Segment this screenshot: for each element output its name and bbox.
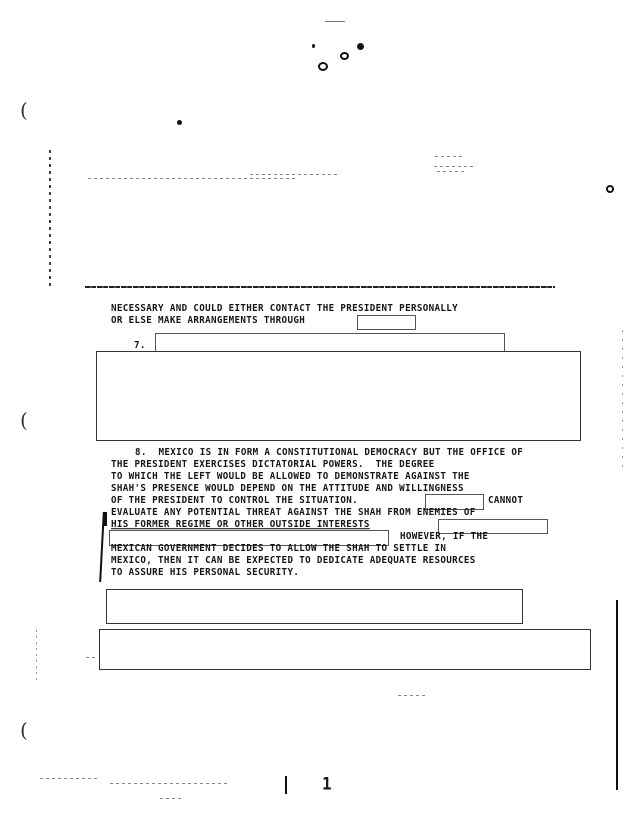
para8-line8: HOWEVER, IF THE bbox=[400, 531, 488, 543]
para8-line3: TO WHICH THE LEFT WOULD BE ALLOWED TO DE… bbox=[111, 471, 470, 483]
para8-line10: MEXICO, THEN IT CAN BE EXPECTED TO DEDIC… bbox=[111, 555, 476, 567]
punch-hole-mark bbox=[340, 52, 349, 60]
para8-line5b: CANNOT bbox=[488, 495, 523, 507]
punch-hole-mark bbox=[318, 62, 328, 71]
margin-bracket: ( bbox=[20, 408, 28, 432]
page-number: 1 bbox=[322, 778, 332, 790]
faded-mark bbox=[110, 783, 230, 784]
margin-bracket: ( bbox=[20, 98, 28, 122]
redaction-after-para8-b bbox=[99, 629, 591, 670]
ink-blot bbox=[357, 43, 364, 50]
ink-blot bbox=[312, 44, 315, 48]
faded-text-line bbox=[435, 156, 465, 157]
para8-line5a: OF THE PRESIDENT TO CONTROL THE SITUATIO… bbox=[111, 495, 358, 507]
para6-line1: NECESSARY AND COULD EITHER CONTACT THE P… bbox=[111, 303, 458, 315]
margin-bracket: ( bbox=[20, 718, 28, 742]
faded-text-line bbox=[250, 174, 340, 175]
redaction-para7-header bbox=[155, 333, 505, 353]
ink-blot bbox=[177, 120, 182, 125]
para6-line2: OR ELSE MAKE ARRANGEMENTS THROUGH bbox=[111, 315, 305, 327]
redaction-after-para8-a bbox=[106, 589, 523, 624]
margin-artifact bbox=[36, 630, 37, 680]
section-separator bbox=[85, 286, 555, 288]
margin-artifact bbox=[49, 150, 51, 290]
faded-mark bbox=[398, 695, 428, 696]
faded-mark bbox=[160, 798, 182, 799]
faded-text-line bbox=[434, 166, 474, 167]
para8-line11: TO ASSURE HIS PERSONAL SECURITY. bbox=[111, 567, 299, 579]
handwritten-margin-mark bbox=[104, 512, 107, 526]
faded-mark bbox=[40, 778, 100, 779]
redaction-para7-body bbox=[96, 351, 581, 441]
para8-line6: EVALUATE ANY POTENTIAL THREAT AGAINST TH… bbox=[111, 507, 476, 519]
faded-text-line bbox=[88, 178, 298, 179]
footer-tick bbox=[285, 776, 287, 794]
faded-text-line bbox=[437, 171, 465, 172]
speck bbox=[325, 21, 345, 22]
para8-line9: MEXICAN GOVERNMENT DECIDES TO ALLOW THE … bbox=[111, 543, 446, 555]
right-margin-dots bbox=[622, 330, 623, 470]
para8-line4: SHAH'S PRESENCE WOULD DEPEND ON THE ATTI… bbox=[111, 483, 464, 495]
punch-hole-mark bbox=[606, 185, 614, 193]
para8-line1: 8. MEXICO IS IN FORM A CONSTITUTIONAL DE… bbox=[135, 447, 523, 459]
para8-line2: THE PRESIDENT EXERCISES DICTATORIAL POWE… bbox=[111, 459, 434, 471]
redaction-through bbox=[357, 315, 416, 330]
faded-mark bbox=[86, 657, 98, 658]
right-margin-line bbox=[616, 600, 618, 790]
